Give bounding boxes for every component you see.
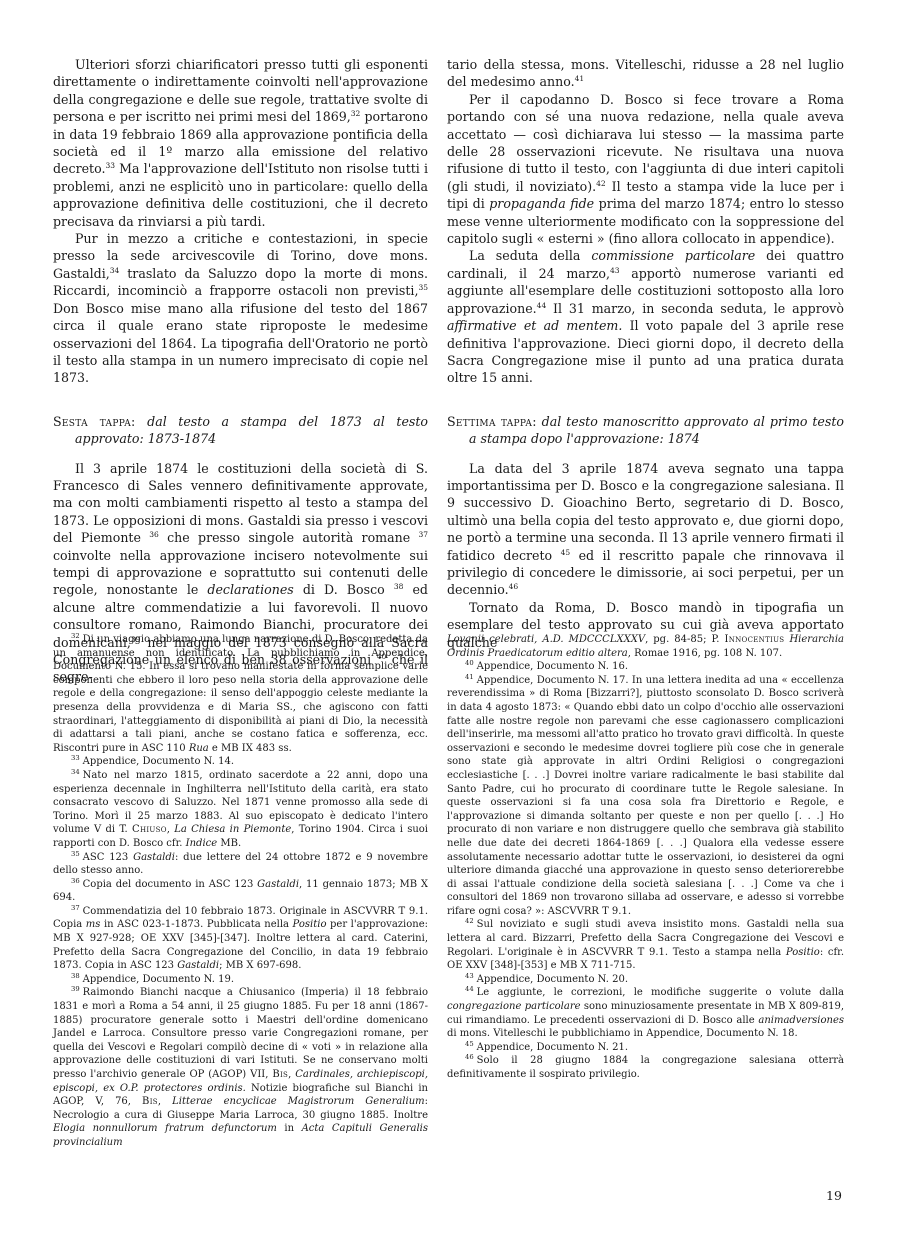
footnote-45: 45Appendice, Documento N. 21. xyxy=(447,1041,844,1055)
italic-term: ms xyxy=(86,919,101,930)
text: Di un viaggio abbiamo una lunga narrazio… xyxy=(53,634,428,754)
text: Raimondo Bianchi nacque a Chiusanico (Im… xyxy=(53,987,428,1080)
text: che presso singole autorità romane xyxy=(159,530,419,545)
abbrev: Bis xyxy=(272,1069,288,1080)
footnote-ref-32[interactable]: 32 xyxy=(351,109,361,118)
footnote-number: 41 xyxy=(465,673,474,681)
footnote-number: 39 xyxy=(71,985,80,993)
main-text-right-column: tario della stessa, mons. Vitelleschi, r… xyxy=(447,56,844,651)
italic-term: Positio xyxy=(786,947,820,958)
footnote-39: 39Raimondo Bianchi nacque a Chiusanico (… xyxy=(53,986,428,1149)
footnote-42: 42Sul noviziato e sugli studi aveva insi… xyxy=(447,918,844,972)
footnote-44: 44Le aggiunte, le correzioni, le modific… xyxy=(447,986,844,1040)
footnote-33: 33Appendice, Documento N. 14. xyxy=(53,755,428,769)
footnote-ref-33[interactable]: 33 xyxy=(105,161,115,170)
text: Copia del documento in ASC 123 xyxy=(83,879,258,890)
italic-term: Gastaldi xyxy=(133,852,175,863)
footnote-ref-46[interactable]: 46 xyxy=(509,582,519,591)
text: Il 31 marzo, in seconda seduta, le appro… xyxy=(546,301,844,316)
text: Appendice, Documento N. 21. xyxy=(477,1042,628,1053)
footnote-39-continuation: Lovanii celebrati, A.D. MDCCCLXXXV, pg. … xyxy=(447,633,844,660)
section-heading-sesta-tappa: Sesta tappa: dal testo a stampa del 1873… xyxy=(53,413,428,448)
italic-term: affirmative et ad mentem. xyxy=(447,318,622,333)
italic-term: Positio xyxy=(293,919,327,930)
text: in ASC 023-1-1873. Pubblicata nella xyxy=(100,919,292,930)
footnote-number: 46 xyxy=(465,1053,474,1061)
footnote-ref-44[interactable]: 44 xyxy=(537,301,547,310)
main-text-left-column: Ulteriori sforzi chiarificatori presso t… xyxy=(53,56,428,686)
footnote-36: 36Copia del documento in ASC 123 Gastald… xyxy=(53,878,428,905)
footnote-38: 38Appendice, Documento N. 19. xyxy=(53,973,428,987)
footnote-number: 35 xyxy=(71,850,80,858)
paragraph-1869-approval: Ulteriori sforzi chiarificatori presso t… xyxy=(53,56,428,230)
footnote-ref-36[interactable]: 36 xyxy=(149,530,159,539)
abbrev: Bis xyxy=(142,1096,158,1107)
footnote-number: 32 xyxy=(71,632,80,640)
text: ; MB X 697-698. xyxy=(219,960,301,971)
italic-title: Elogia nonnullorum fratrum defunctorum xyxy=(53,1123,277,1134)
footnote-ref-43[interactable]: 43 xyxy=(610,266,620,275)
paragraph-commissione-particolare: La seduta della commissione particolare … xyxy=(447,247,844,386)
footnotes-right-column: Lovanii celebrati, A.D. MDCCCLXXXV, pg. … xyxy=(447,633,844,1082)
text: , xyxy=(158,1096,172,1107)
text: in xyxy=(277,1123,302,1134)
footnote-40: 40Appendice, Documento N. 16. xyxy=(447,660,844,674)
italic-term: congregazione particolare xyxy=(447,1001,581,1012)
italic-term: declarationes xyxy=(207,582,293,597)
paragraph-3-aprile-1874: La data del 3 aprile 1874 aveva segnato … xyxy=(447,460,844,599)
author-name: Innocentius xyxy=(724,634,784,645)
italic-term: Gastaldi xyxy=(177,960,219,971)
text: ASC 123 xyxy=(83,852,133,863)
text: , Romae 1916, pg. 108 N. 107. xyxy=(628,648,782,659)
section-label: Settima tappa: xyxy=(447,414,537,429)
italic-term: Rua xyxy=(189,743,209,754)
text: Sul noviziato e sugli studi aveva insist… xyxy=(447,919,844,957)
text: Solo il 28 giugno 1884 la congregazione … xyxy=(447,1055,844,1080)
footnote-number: 45 xyxy=(465,1040,474,1048)
paragraph-capodanno-rome: Per il capodanno D. Bosco si fece trovar… xyxy=(447,91,844,248)
footnote-number: 38 xyxy=(71,972,80,980)
footnote-37: 37Commendatizia del 10 febbraio 1873. Or… xyxy=(53,905,428,973)
italic-term: commissione particolare xyxy=(591,248,755,263)
footnote-number: 37 xyxy=(71,904,80,912)
footnote-number: 43 xyxy=(465,972,474,980)
text: di D. Bosco xyxy=(294,582,394,597)
italic-title: Lovanii celebrati, A.D. MDCCCLXXXV xyxy=(447,634,645,645)
italic-term: propaganda fide xyxy=(489,196,594,211)
italic-term: Gastaldi xyxy=(257,879,299,890)
text: Appendice, Documento N. 19. xyxy=(83,974,234,985)
italic-title: La Chiesa in Piemonte xyxy=(174,824,291,835)
footnote-number: 40 xyxy=(465,659,474,667)
footnote-46: 46Solo il 28 giugno 1884 la congregazion… xyxy=(447,1054,844,1081)
paragraph-continuation: tario della stessa, mons. Vitelleschi, r… xyxy=(447,56,844,91)
footnote-41: 41Appendice, Documento N. 17. In una let… xyxy=(447,674,844,919)
author-name: Chiuso xyxy=(132,824,167,835)
text: Appendice, Documento N. 17. In una lette… xyxy=(447,675,844,917)
text: Appendice, Documento N. 14. xyxy=(83,756,234,767)
text: , pg. 84-85; P. xyxy=(645,634,724,645)
footnote-35: 35ASC 123 Gastaldi: due lettere del 24 o… xyxy=(53,851,428,878)
italic-term: Indice xyxy=(186,838,218,849)
footnote-number: 44 xyxy=(465,985,474,993)
footnote-number: 33 xyxy=(71,754,80,762)
footnote-ref-45[interactable]: 45 xyxy=(561,548,571,557)
footnote-number: 36 xyxy=(71,877,80,885)
section-label: Sesta tappa: xyxy=(53,414,136,429)
text: e MB IX 483 ss. xyxy=(209,743,292,754)
section-heading-settima-tappa: Settima tappa: dal testo manoscritto app… xyxy=(447,413,844,448)
footnote-ref-38[interactable]: 38 xyxy=(394,582,404,591)
footnote-ref-41[interactable]: 41 xyxy=(575,74,585,83)
text: tario della stessa, mons. Vitelleschi, r… xyxy=(447,57,844,89)
footnotes-left-column: 32Di un viaggio abbiamo una lunga narraz… xyxy=(53,633,428,1150)
footnote-ref-37[interactable]: 37 xyxy=(418,530,428,539)
italic-title: Litterae encyclicae Magistrorum Generali… xyxy=(172,1096,425,1107)
paragraph-gastaldi-opposition: Pur in mezzo a critiche e contestazioni,… xyxy=(53,230,428,387)
footnote-number: 42 xyxy=(465,917,474,925)
footnote-ref-34[interactable]: 34 xyxy=(110,266,120,275)
text: Ma l'approvazione dell'Istituto non riso… xyxy=(53,161,428,228)
footnote-43: 43Appendice, Documento N. 20. xyxy=(447,973,844,987)
page-number: 19 xyxy=(826,1188,842,1203)
footnote-32: 32Di un viaggio abbiamo una lunga narraz… xyxy=(53,633,428,755)
footnote-ref-35[interactable]: 35 xyxy=(418,283,428,292)
text: La seduta della xyxy=(469,248,591,263)
footnote-ref-42[interactable]: 42 xyxy=(596,179,606,188)
italic-term: animadversiones xyxy=(758,1015,844,1026)
text: Appendice, Documento N. 16. xyxy=(477,661,628,672)
text: di mons. Vitelleschi le pubblichiamo in … xyxy=(447,1028,798,1039)
text: MB. xyxy=(217,838,241,849)
text: Le aggiunte, le correzioni, le modifiche… xyxy=(477,987,844,998)
text: Appendice, Documento N. 20. xyxy=(477,974,628,985)
text: Don Bosco mise mano alla rifusione del t… xyxy=(53,301,428,386)
footnote-34: 34Nato nel marzo 1815, ordinato sacerdot… xyxy=(53,769,428,851)
footnote-number: 34 xyxy=(71,768,80,776)
